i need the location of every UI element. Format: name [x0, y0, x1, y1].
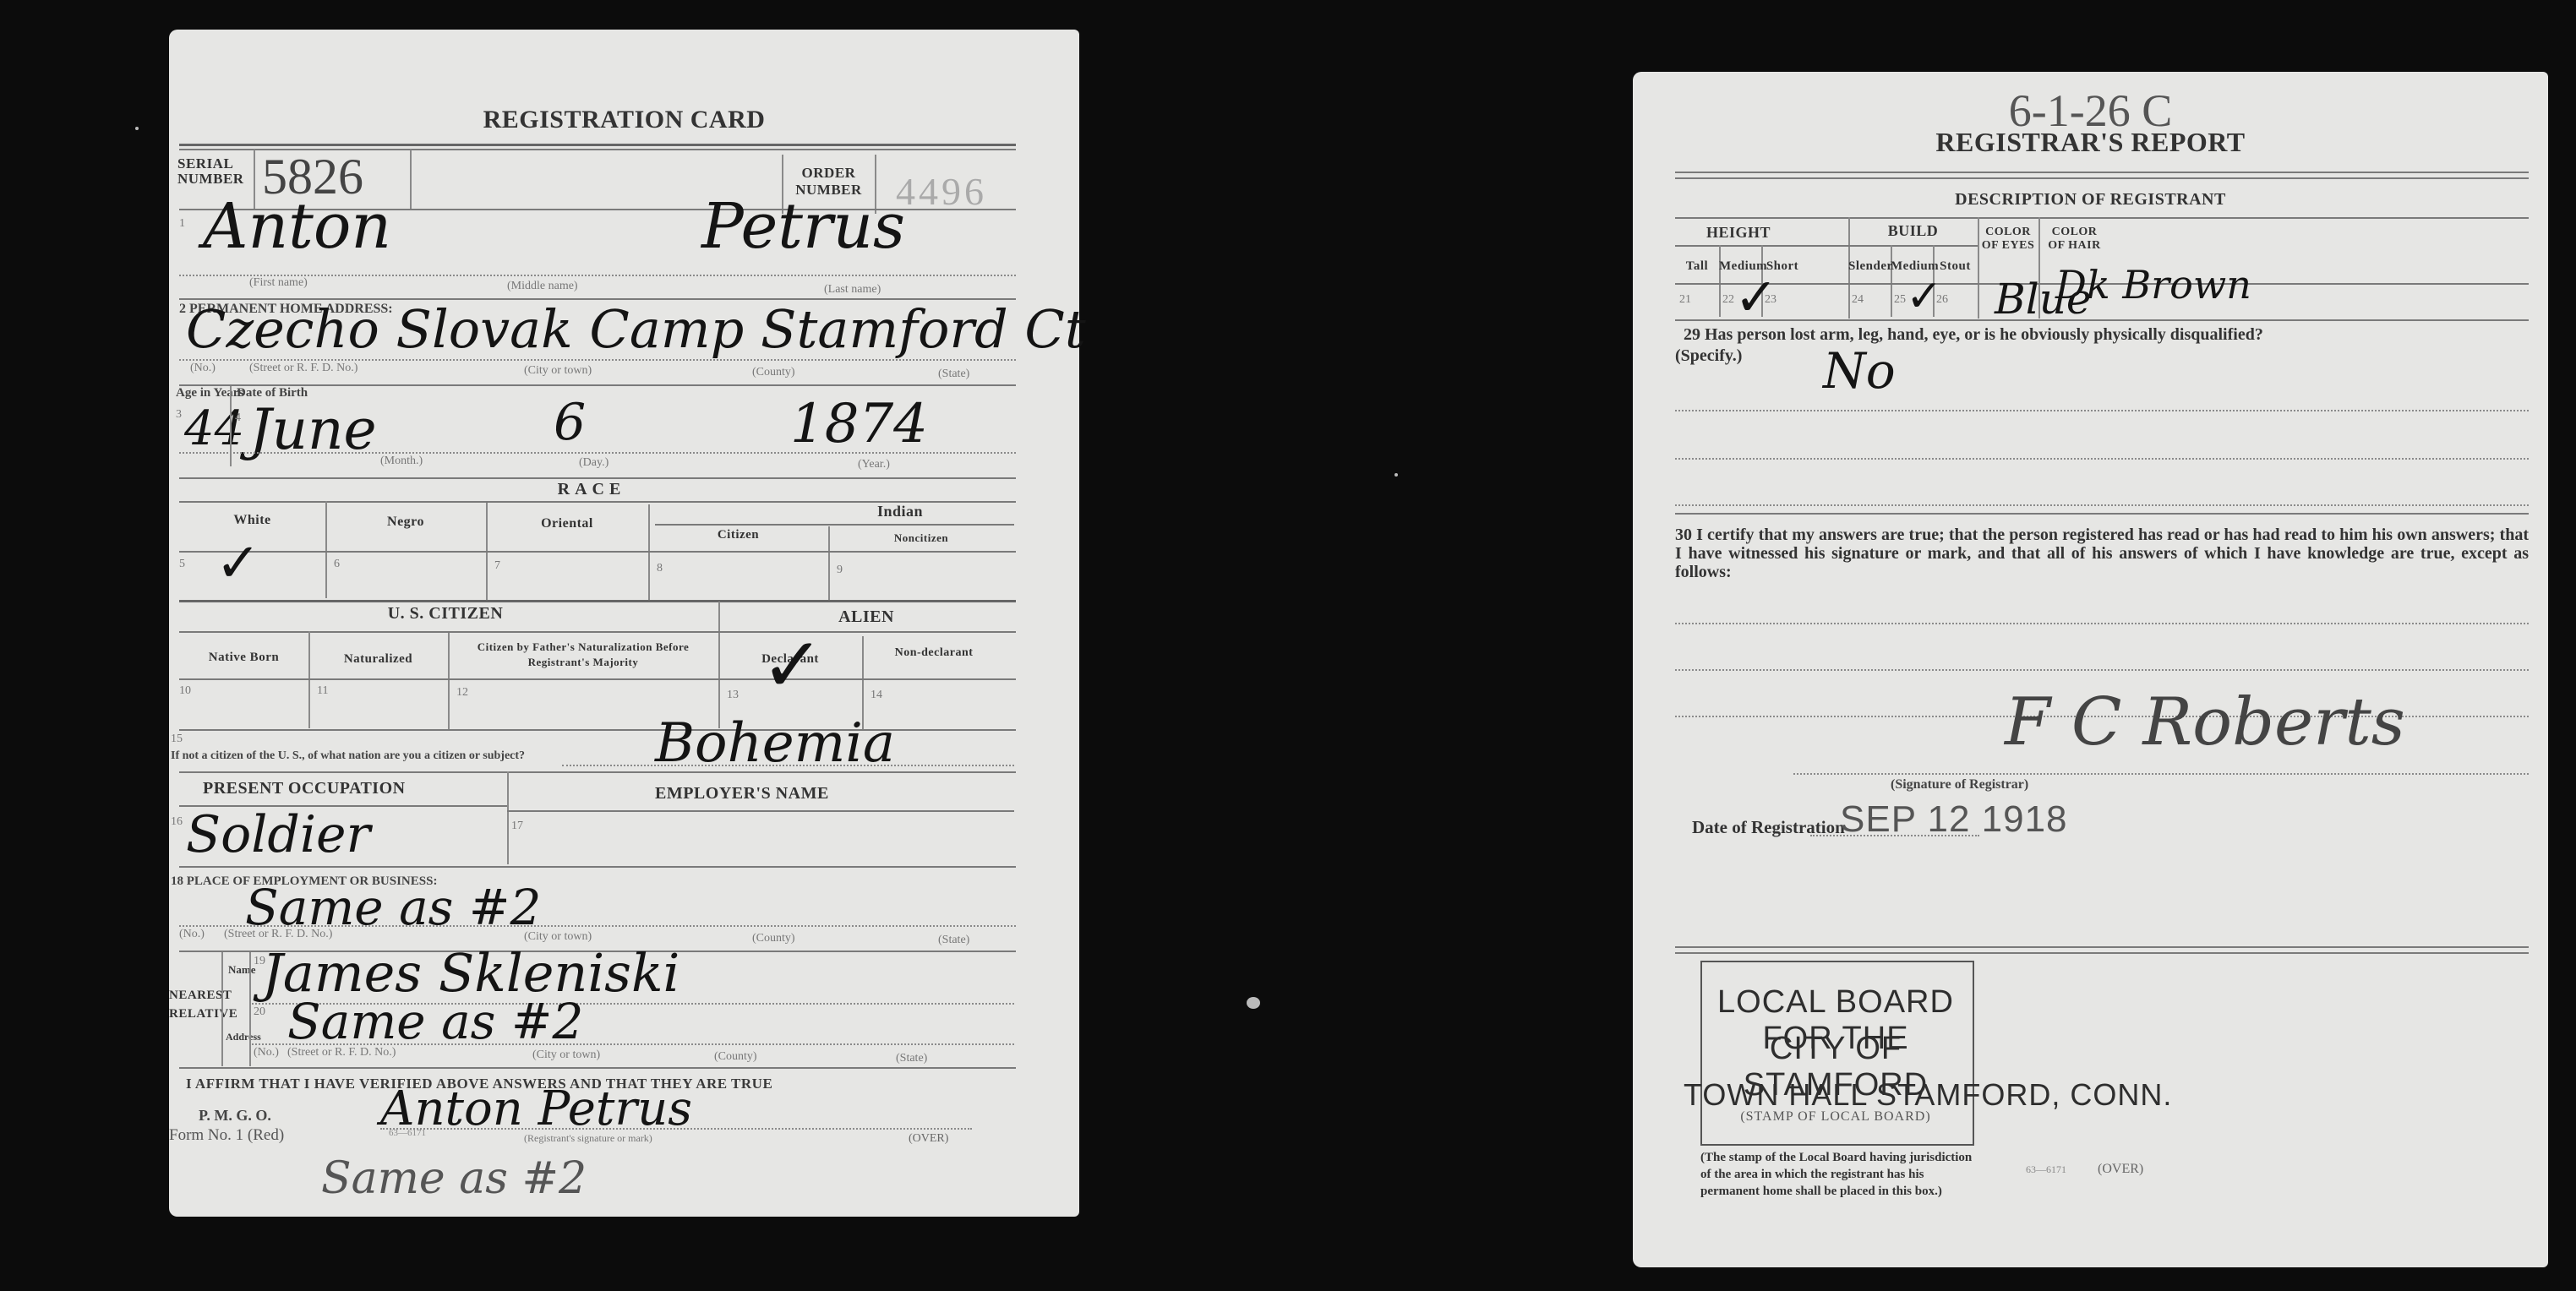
- address-label-city: (City or town): [532, 1049, 600, 1062]
- q21-number: 21: [1679, 293, 1691, 307]
- race-white-checkmark: ✓: [216, 532, 261, 595]
- divider: [179, 678, 1016, 680]
- q30-number: 30: [1675, 526, 1692, 544]
- divider: [1675, 319, 2529, 321]
- indian-label: Indian: [794, 503, 1006, 520]
- height-tall-label: Tall: [1675, 259, 1719, 274]
- native-born-label: Native Born: [179, 651, 308, 665]
- dotted-line: [1675, 504, 2529, 506]
- race-oriental-label: Oriental: [486, 516, 648, 531]
- q20-number: 20: [254, 1005, 265, 1019]
- dotted-line: [179, 452, 1016, 454]
- q12-number: 12: [456, 686, 468, 700]
- q4-number: 4: [235, 411, 241, 425]
- last-name-value: Petrus: [701, 190, 905, 263]
- divider: [179, 866, 1016, 868]
- q25-number: 25: [1894, 293, 1906, 307]
- address-label-street: (Street or R. F. D. No.): [224, 928, 332, 941]
- relative-name-label: Name: [228, 963, 256, 977]
- q24-number: 24: [1852, 293, 1864, 307]
- divider: [179, 551, 1016, 553]
- build-slender-label: Slender: [1848, 259, 1891, 274]
- hair-color-value: Dk Brown: [2055, 262, 2251, 308]
- address-label-street: (Street or R. F. D. No.): [287, 1046, 396, 1059]
- q15-label: If not a citizen of the U. S., of what n…: [171, 749, 525, 763]
- order-number: 4496: [896, 169, 987, 214]
- dotted-line: [1675, 410, 2529, 411]
- race-header: RACE: [169, 480, 1014, 499]
- employer-header: EMPLOYER'S NAME: [655, 784, 829, 803]
- occupation-value: Soldier: [186, 805, 370, 864]
- address-label-street: (Street or R. F. D. No.): [249, 362, 357, 375]
- q15-number: 15: [171, 733, 183, 746]
- q11-number: 11: [317, 684, 328, 698]
- last-name-label: (Last name): [824, 283, 881, 297]
- q29-specify-label: (Specify.): [1675, 346, 1742, 366]
- form-code: 63—6171: [2026, 1163, 2066, 1176]
- q16-number: 16: [171, 815, 183, 829]
- divider: [1675, 946, 2529, 948]
- dust-speck: [1394, 473, 1398, 477]
- q23-number: 23: [1765, 293, 1776, 307]
- declarant-checkmark: ✓: [761, 621, 824, 710]
- citizen-by-father-label: Citizen by Father's Naturalization Befor…: [452, 640, 714, 670]
- divider: [179, 144, 1016, 146]
- divider: [179, 477, 1016, 479]
- relative-address-label: Address: [226, 1031, 261, 1043]
- us-citizen-header: U. S. CITIZEN: [179, 604, 712, 624]
- q6-number: 6: [334, 558, 340, 571]
- q30-certification-text: I certify that my answers are true; that…: [1675, 526, 2529, 581]
- q18-number: 18: [171, 874, 183, 888]
- address-label-state: (State): [938, 934, 969, 947]
- dotted-line: [380, 1128, 972, 1130]
- q10-number: 10: [179, 684, 191, 698]
- divider: [179, 600, 1016, 602]
- divider: [1675, 177, 2529, 179]
- eye-color-header: COLOR OF EYES: [1978, 226, 2038, 253]
- home-address-value: Czecho Slovak Camp Stamford Ct: [186, 298, 1086, 360]
- description-header: DESCRIPTION OF REGISTRANT: [1633, 190, 2548, 210]
- divider: [448, 633, 450, 730]
- stamp-label: (STAMP OF LOCAL BOARD): [1700, 1109, 1971, 1125]
- non-declarant-label: Non-declarant: [870, 645, 997, 662]
- divider: [1719, 245, 1721, 317]
- dotted-line: [1810, 835, 1979, 836]
- address-label-no: (No.): [254, 1046, 279, 1059]
- dust-speck: [135, 127, 139, 130]
- serial-number-label: SERIAL NUMBER: [177, 156, 254, 187]
- first-name-value: Anton: [203, 190, 391, 263]
- address-label-county: (County): [714, 1050, 757, 1064]
- divider: [221, 952, 223, 1066]
- q22-number: 22: [1722, 293, 1734, 307]
- q29-label: Has person lost arm, leg, hand, eye, or …: [1705, 325, 2263, 344]
- address-label-state: (State): [938, 368, 969, 381]
- q26-number: 26: [1936, 293, 1948, 307]
- form-office-label: P. M. G. O.: [199, 1107, 271, 1125]
- divider: [648, 504, 650, 602]
- nearest-relative-label: NEAREST RELATIVE: [169, 986, 221, 1023]
- q17-number: 17: [511, 820, 523, 833]
- dotted-line: [1675, 623, 2529, 624]
- dotted-line: [562, 765, 1014, 766]
- registrant-signature-label: (Registrant's signature or mark): [524, 1132, 652, 1145]
- address-label-no: (No.): [179, 928, 205, 941]
- over-label: (OVER): [909, 1132, 948, 1146]
- dotted-line: [1675, 669, 2529, 671]
- middle-name-label: (Middle name): [507, 280, 578, 293]
- build-header: BUILD: [1848, 222, 1978, 240]
- age-label: Age in Years: [176, 386, 243, 400]
- q5-number: 5: [179, 558, 185, 571]
- q8-number: 8: [657, 562, 663, 575]
- hair-color-header: COLOR OF HAIR: [2043, 226, 2106, 253]
- address-label-county: (County): [752, 366, 795, 379]
- q29-number: 29: [1684, 325, 1700, 344]
- divider: [179, 771, 1016, 773]
- q13-number: 13: [727, 689, 739, 702]
- stamp-line-3: TOWN HALL STAMFORD, CONN.: [1684, 1077, 2005, 1113]
- q2-number: 2: [179, 302, 186, 316]
- registration-card: REGISTRATION CARD SERIAL NUMBER 5826 ORD…: [169, 30, 1079, 1217]
- divider: [1675, 952, 2529, 954]
- report-title: REGISTRAR'S REPORT: [1633, 127, 2548, 158]
- form-number-label: Form No. 1 (Red): [169, 1126, 284, 1145]
- divider: [1675, 513, 2529, 515]
- over-label: (OVER): [2098, 1162, 2143, 1177]
- dob-year-label: (Year.): [858, 458, 890, 471]
- q3-number: 3: [176, 408, 182, 422]
- divider: [655, 524, 1014, 526]
- divider: [507, 771, 509, 864]
- race-indian-citizen-label: Citizen: [648, 528, 828, 542]
- q1-number: 1: [179, 217, 185, 231]
- dob-day-label: (Day.): [579, 456, 609, 470]
- dob-day-value: 6: [554, 393, 586, 452]
- occupation-header: PRESENT OCCUPATION: [203, 779, 406, 798]
- height-header: HEIGHT: [1675, 224, 1802, 242]
- bottom-note: Same as #2: [321, 1153, 587, 1204]
- first-name-label: (First name): [249, 276, 308, 290]
- address-label-county: (County): [752, 932, 795, 945]
- age-value: 44: [184, 401, 244, 456]
- stamp-note: (The stamp of the Local Board having jur…: [1700, 1149, 1979, 1200]
- race-indian-noncitizen-label: Noncitizen: [828, 531, 1014, 545]
- q9-number: 9: [837, 564, 843, 577]
- dotted-line: [1793, 773, 2529, 775]
- divider: [410, 150, 412, 209]
- dob-month-label: (Month.): [380, 455, 423, 468]
- divider: [179, 1067, 1016, 1069]
- dotted-line: [249, 1043, 1014, 1045]
- divider: [1675, 217, 2529, 219]
- dob-year-value: 1874: [790, 393, 928, 455]
- race-white-label: White: [179, 513, 325, 528]
- divider: [179, 631, 1016, 633]
- address-label-no: (No.): [190, 362, 216, 375]
- card-title: REGISTRATION CARD: [169, 106, 1079, 134]
- divider: [230, 386, 232, 466]
- q14-number: 14: [870, 689, 882, 702]
- registrar-signature: F C Roberts: [2005, 684, 2405, 760]
- registrars-report-card: 6-1-26 C REGISTRAR'S REPORT DESCRIPTION …: [1633, 72, 2548, 1267]
- divider: [249, 952, 251, 1066]
- divider: [1891, 245, 1892, 317]
- q7-number: 7: [494, 559, 500, 573]
- divider: [1675, 172, 2529, 173]
- registrar-signature-label: (Signature of Registrar): [1891, 777, 2028, 793]
- dust-speck: [1247, 997, 1260, 1009]
- race-negro-label: Negro: [325, 515, 486, 530]
- naturalized-label: Naturalized: [308, 652, 448, 667]
- address-label-city: (City or town): [524, 364, 592, 378]
- address-label-state: (State): [896, 1052, 927, 1065]
- dotted-line: [1675, 458, 2529, 460]
- relative-address-value: Same as #2: [287, 993, 583, 1050]
- divider: [507, 810, 1014, 812]
- dotted-line: [179, 359, 1016, 361]
- dotted-line: [179, 925, 1016, 927]
- q29-answer: No: [1823, 342, 1896, 400]
